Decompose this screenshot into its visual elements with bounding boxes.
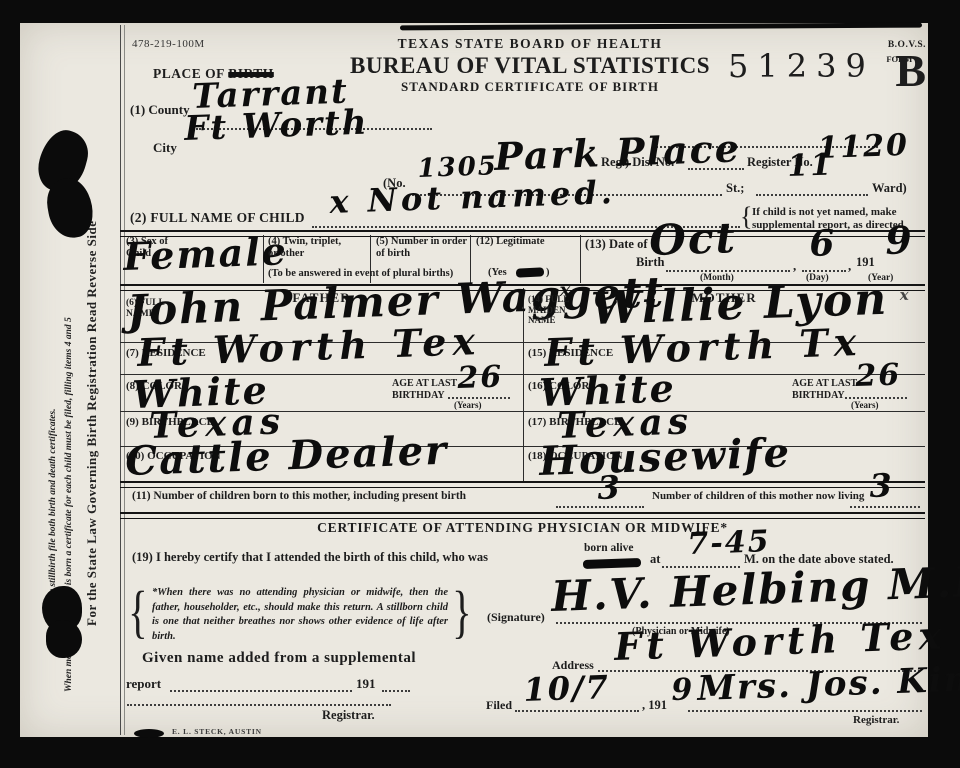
registrar-caption: Registrar. [853, 714, 899, 727]
header-title-1: TEXAS STATE BOARD OF HEALTH [340, 36, 720, 52]
margin-rule-inner [124, 25, 125, 735]
bovs-form-word: FORM [886, 55, 895, 64]
report-label: report [126, 676, 161, 691]
printer-oval-mark [134, 729, 164, 738]
father-age-value: 26 [457, 362, 504, 394]
legitimate-label: (12) Legitimate [476, 236, 545, 248]
unnamed-note-brace: { [740, 202, 752, 233]
comma: , [793, 258, 796, 273]
report-line-2 [382, 690, 410, 692]
ward-label: Ward) [872, 181, 907, 196]
registrar-signature: Mrs. Jos. King [697, 662, 960, 706]
report-year: 191 [356, 676, 376, 691]
father-occupation-value: Cattle Dealer [125, 431, 449, 482]
address-value: Ft Worth Tex [614, 616, 947, 666]
mother-age-line [845, 397, 907, 399]
father-age-unit: (Years) [454, 400, 482, 411]
children-living-line [850, 506, 920, 508]
header-block: TEXAS STATE BOARD OF HEALTH BUREAU OF VI… [340, 36, 720, 94]
report-line [170, 690, 352, 692]
birth-day-value: 6 [809, 225, 837, 262]
ward-line [756, 194, 868, 196]
mother-name-label: (14) FULL MAIDEN NAME [528, 294, 569, 326]
physician-footnote: *When there was no attending physician o… [152, 586, 448, 645]
filed-date-value: 10/7 [523, 671, 611, 706]
ink-blot [46, 620, 82, 658]
sex-value: Female [123, 232, 289, 276]
child-name-value: x Not named. [329, 176, 616, 218]
bovs-letter: B [895, 51, 926, 90]
children-born-value: 3 [597, 471, 622, 504]
born-alive-option: born alive [584, 542, 634, 556]
registrar-left-line [127, 704, 391, 706]
birth-order-label: (5) Number in order of birth [376, 236, 467, 261]
day-line [802, 270, 846, 272]
printer-mark: E. L. STECK, AUSTIN [172, 728, 262, 737]
signature-label: (Signature) [487, 610, 545, 624]
children-living-label: Number of children of this mother now li… [652, 490, 864, 503]
year-printed: 191 [856, 255, 875, 270]
child-name-label: (2) FULL NAME OF CHILD [130, 210, 305, 226]
twin-label: (4) Twin, triplet, or other [268, 236, 341, 261]
city-value: Ft Worth [184, 106, 369, 146]
scanned-birth-certificate: For the State Law Governing Birth Regist… [0, 0, 960, 768]
street-name-value: Park Place [494, 129, 742, 176]
section-rule [120, 481, 925, 488]
footnote-brace-right: } [452, 578, 471, 646]
birth-month-value: Oct [649, 217, 738, 262]
county-label: (1) County [130, 102, 190, 117]
registrar-left-caption: Registrar. [322, 708, 375, 723]
certify-text: (19) I hereby certify that I attended th… [132, 550, 488, 565]
footnote-brace-left: { [128, 578, 147, 646]
st-label: St.; [726, 181, 744, 196]
header-title-3: STANDARD CERTIFICATE OF BIRTH [340, 79, 720, 94]
birth-year-digit: 9 [885, 221, 915, 260]
father-age-line [448, 397, 510, 399]
filed-label: Filed [486, 698, 512, 712]
date-of-label: (13) Date of [585, 237, 647, 252]
filed-year-digit: 9 [671, 675, 695, 706]
at-label: at [650, 552, 660, 567]
filed-line [515, 710, 639, 712]
header-title-2: BUREAU OF VITAL STATISTICS [340, 52, 720, 79]
month-line [666, 270, 790, 272]
given-name-note: Given name added from a supplemental [142, 650, 416, 668]
mother-residence-value: Ft Worth Tx [544, 323, 863, 372]
sidebar-multiple-births-note-2: carefully. For stillbirth file both birt… [48, 165, 58, 643]
form-number: 478-219-100M [132, 38, 205, 51]
ward-no-value: 11 [787, 150, 834, 182]
section-rule [120, 512, 925, 519]
children-living-value: 3 [869, 469, 894, 502]
city-label: City [153, 140, 177, 155]
comma: , [848, 258, 851, 273]
mother-age-unit: (Years) [851, 400, 879, 411]
father-residence-value: Ft Worth Tex [137, 322, 482, 372]
children-born-label: (11) Number of children born to this mot… [132, 490, 466, 504]
mother-age-value: 26 [855, 360, 902, 392]
bovs-form-block: B.O.V.S. FORM B [852, 40, 926, 90]
registrar-line [688, 710, 922, 712]
margin-rule-outer [120, 25, 121, 735]
physician-section-title: CERTIFICATE OF ATTENDING PHYSICIAN OR MI… [120, 520, 925, 536]
mother-occupation-value: Housewife [539, 433, 792, 482]
filed-year-printed: , 191 [642, 698, 667, 713]
